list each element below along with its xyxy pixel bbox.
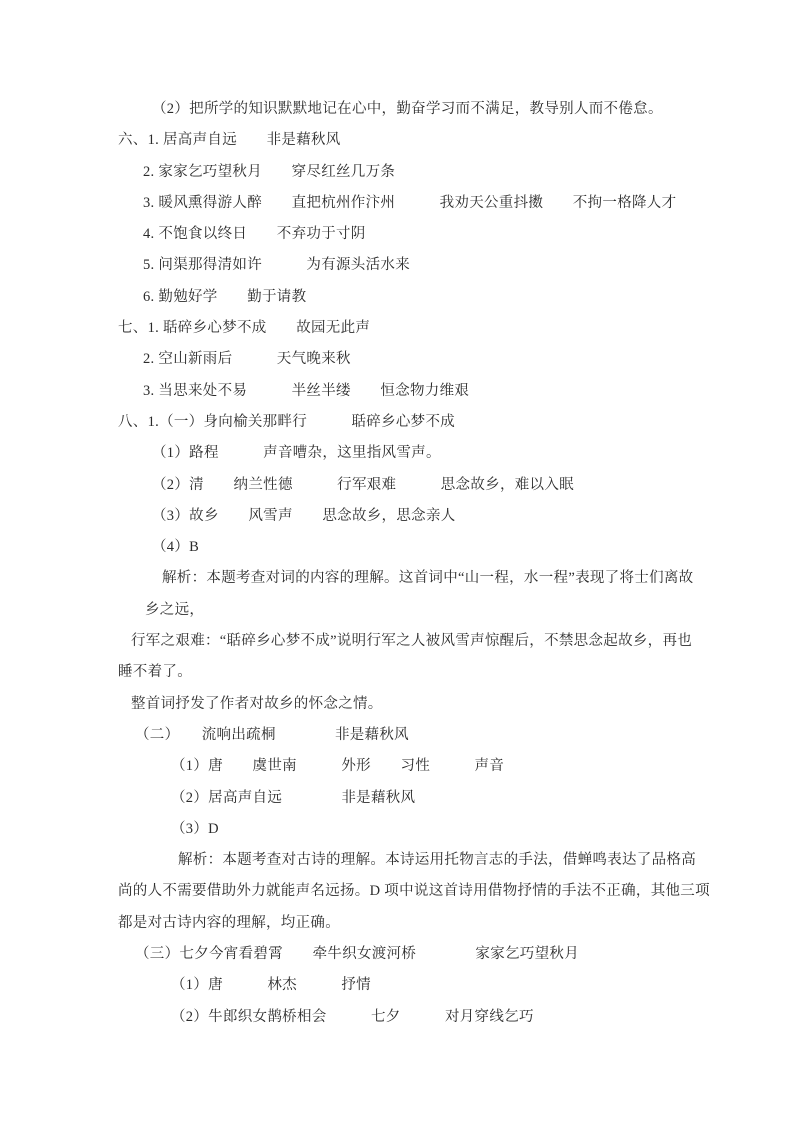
text-line: （2）清 纳兰性德 行军艰难 思念故乡，难以入眠 xyxy=(0,470,793,501)
document-body: （2）把所学的知识默默地记在心中，勤奋学习而不满足，教导别人而不倦怠。六、1. … xyxy=(0,0,793,1033)
text-line: （1）路程 声音嘈杂，这里指风雪声。 xyxy=(0,438,793,469)
text-line: 睡不着了。 xyxy=(0,657,793,688)
text-line: （三）七夕今宵看碧霄 牵牛织女渡河桥 家家乞巧望秋月 xyxy=(0,939,793,970)
document-page: （2）把所学的知识默默地记在心中，勤奋学习而不满足，教导别人而不倦怠。六、1. … xyxy=(0,0,793,1122)
text-line: 3. 暖风熏得游人醉 直把杭州作汴州 我劝天公重抖擞 不拘一格降人才 xyxy=(0,188,793,219)
text-line: 都是对古诗内容的理解，均正确。 xyxy=(0,908,793,939)
text-line: （2）把所学的知识默默地记在心中，勤奋学习而不满足，教导别人而不倦怠。 xyxy=(0,94,793,125)
text-line: （1）唐 虞世南 外形 习性 声音 xyxy=(0,751,793,782)
text-line: 尚的人不需要借助外力就能声名远扬。D 项中说这首诗用借物抒情的手法不正确，其他三… xyxy=(0,876,793,907)
text-line: （1）唐 林杰 抒情 xyxy=(0,970,793,1001)
text-line: （2）牛郎织女鹊桥相会 七夕 对月穿线乞巧 xyxy=(0,1002,793,1033)
text-line: 3. 当思来处不易 半丝半缕 恒念物力维艰 xyxy=(0,376,793,407)
text-line: （2）居高声自远 非是藉秋风 xyxy=(0,783,793,814)
text-line: （3）D xyxy=(0,814,793,845)
text-line: 5. 问渠那得清如许 为有源头活水来 xyxy=(0,250,793,281)
text-line: 七、1. 聒碎乡心梦不成 故园无此声 xyxy=(0,313,793,344)
text-line: 六、1. 居高声自远 非是藉秋风 xyxy=(0,125,793,156)
text-line: 解析：本题考查对古诗的理解。本诗运用托物言志的手法，借蝉鸣表达了品格高 xyxy=(0,845,793,876)
text-line: 6. 勤勉好学 勤于请教 xyxy=(0,282,793,313)
text-line: （二） 流响出疏桐 非是藉秋风 xyxy=(0,720,793,751)
text-line: 2. 家家乞巧望秋月 穿尽红丝几万条 xyxy=(0,157,793,188)
text-line: 八、1.（一）身向榆关那畔行 聒碎乡心梦不成 xyxy=(0,407,793,438)
text-line: 乡之远， xyxy=(0,595,793,626)
text-line: 4. 不饱食以终日 不弃功于寸阴 xyxy=(0,219,793,250)
text-line: 整首词抒发了作者对故乡的怀念之情。 xyxy=(0,689,793,720)
text-line: （3）故乡 风雪声 思念故乡，思念亲人 xyxy=(0,501,793,532)
text-line: 解析：本题考查对词的内容的理解。这首词中“山一程，水一程”表现了将士们离故 xyxy=(0,563,793,594)
text-line: 2. 空山新雨后 天气晚来秋 xyxy=(0,344,793,375)
text-line: 行军之艰难：“聒碎乡心梦不成”说明行军之人被风雪声惊醒后，不禁思念起故乡，再也 xyxy=(0,626,793,657)
text-line: （4）B xyxy=(0,532,793,563)
